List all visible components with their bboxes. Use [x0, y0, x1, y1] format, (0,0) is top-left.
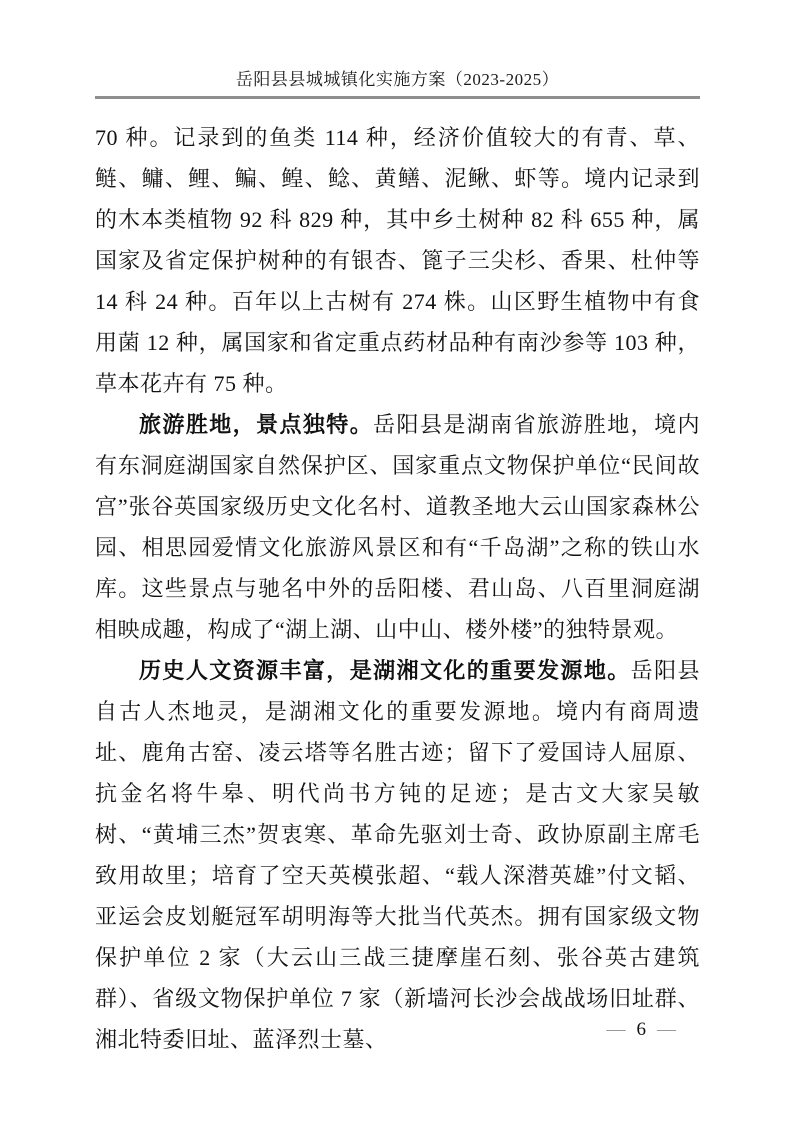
document-page: 岳阳县县城城镇化实施方案（2023-2025） 70 种。记录到的鱼类 114 …: [0, 0, 794, 1122]
body-text-run: 70 种。记录到的鱼类 114 种，经济价值较大的有青、草、鲢、鳙、鲤、鳊、鳇、…: [95, 125, 700, 396]
body-text-run: 岳阳县是湖南省旅游胜地，境内有东洞庭湖国家自然保护区、国家重点文物保护单位“民间…: [95, 412, 700, 642]
header-rule: [95, 96, 700, 99]
header-title: 岳阳县县城城镇化实施方案（2023-2025）: [95, 68, 700, 92]
page-header: 岳阳县县城城镇化实施方案（2023-2025）: [95, 68, 700, 99]
page-number: 6: [626, 1019, 658, 1040]
document-body: 70 种。记录到的鱼类 114 种，经济价值较大的有青、草、鲢、鳙、鲤、鳊、鳇、…: [95, 117, 700, 1060]
paragraph: 旅游胜地，景点独特。岳阳县是湖南省旅游胜地，境内有东洞庭湖国家自然保护区、国家重…: [95, 404, 700, 650]
body-text-run: 岳阳县自古人杰地灵，是湖湘文化的重要发源地。境内有商周遗址、鹿角古窑、凌云塔等名…: [95, 658, 700, 1052]
paragraph: 70 种。记录到的鱼类 114 种，经济价值较大的有青、草、鲢、鳙、鲤、鳊、鳇、…: [95, 117, 700, 404]
bold-heading-run: 历史人文资源丰富，是湖湘文化的重要发源地。: [139, 658, 631, 683]
page-footer: —6—: [607, 1016, 677, 1044]
bold-heading-run: 旅游胜地，景点独特。: [139, 412, 373, 437]
paragraph: 历史人文资源丰富，是湖湘文化的重要发源地。岳阳县自古人杰地灵，是湖湘文化的重要发…: [95, 650, 700, 1060]
footer-dash-left: —: [607, 1019, 626, 1040]
footer-dash-right: —: [657, 1019, 676, 1040]
